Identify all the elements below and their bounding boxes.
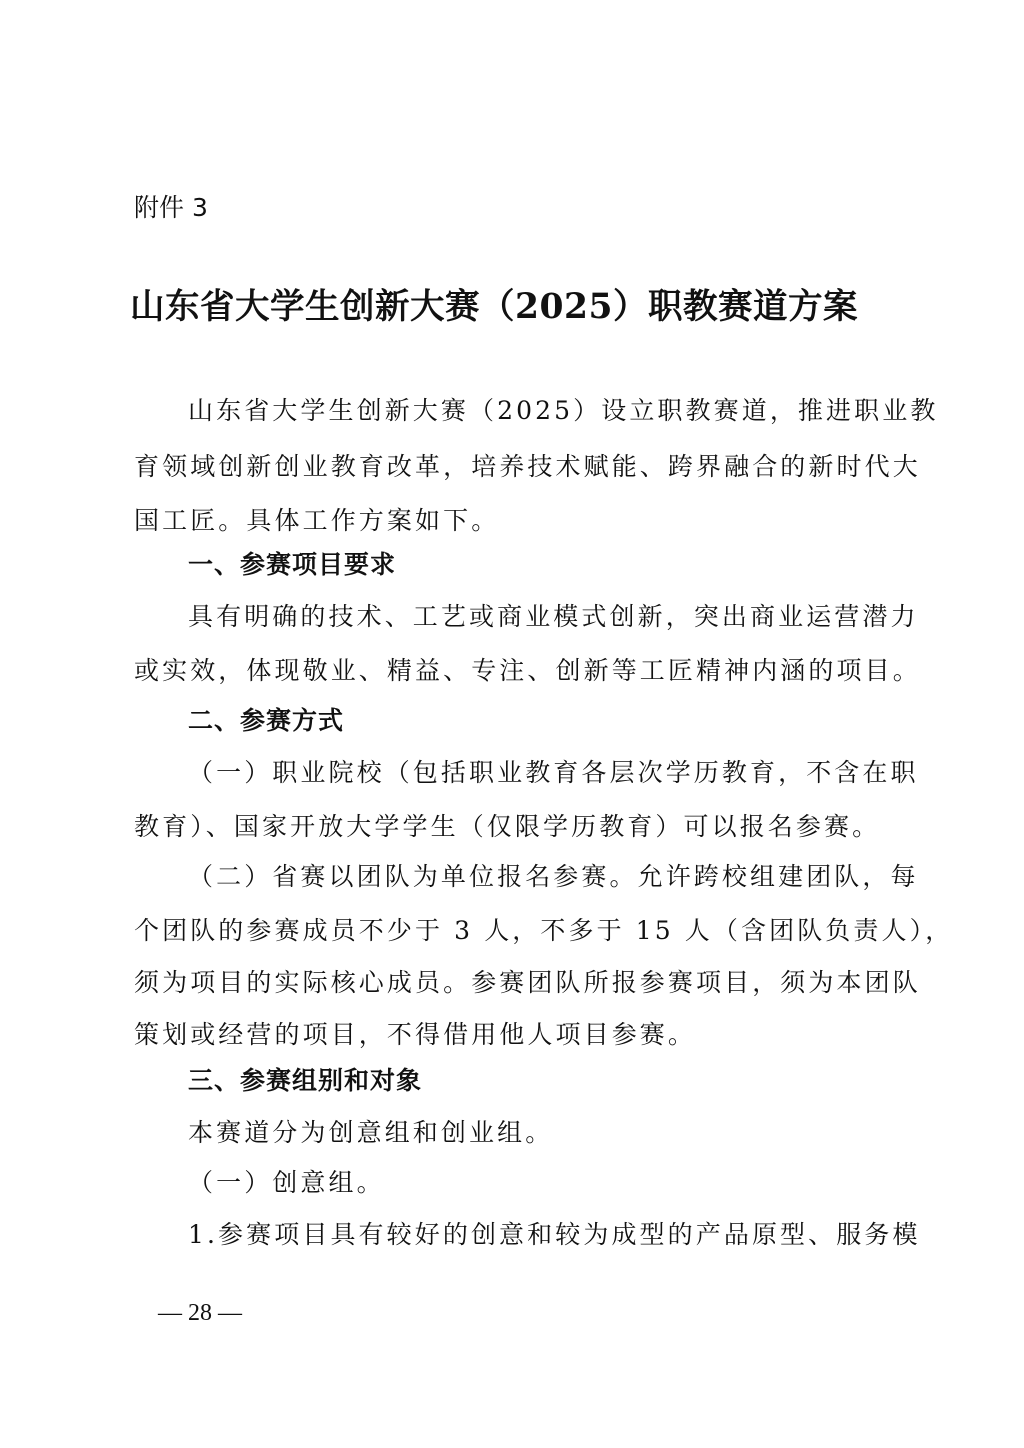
paragraph-line: （一）职业院校（包括职业教育各层次学历教育，不含在职 [188,756,948,790]
document-title: 山东省大学生创新大赛（2025）职教赛道方案 [130,282,900,332]
paragraph-line: 育领域创新创业教育改革，培养技术赋能、跨界融合的新时代大 [134,450,894,484]
section-heading: 二、参赛方式 [188,704,948,738]
document-page: 附件 3 山东省大学生创新大赛（2025）职教赛道方案 山东省大学生创新大赛（2… [0,0,1024,1448]
paragraph-line: 个团队的参赛成员不少于 3 人，不多于 15 人（含团队负责人）， [134,914,894,948]
paragraph-line: 教育）、国家开放大学学生（仅限学历教育）可以报名参赛。 [134,810,894,844]
paragraph-line: （一）创意组。 [188,1166,948,1200]
paragraph-line: 国工匠。具体工作方案如下。 [134,504,894,538]
paragraph-line: 本赛道分为创意组和创业组。 [188,1116,948,1150]
section-heading: 一、参赛项目要求 [188,548,948,582]
section-heading: 三、参赛组别和对象 [188,1064,948,1098]
paragraph-line: 策划或经营的项目，不得借用他人项目参赛。 [134,1018,894,1052]
paragraph-line: 具有明确的技术、工艺或商业模式创新，突出商业运营潜力 [188,600,948,634]
attachment-label: 附件 3 [134,192,208,224]
paragraph-line: 或实效，体现敬业、精益、专注、创新等工匠精神内涵的项目。 [134,654,894,688]
paragraph-line: 山东省大学生创新大赛（2025）设立职教赛道，推进职业教 [188,394,948,428]
page-number: — 28 — [158,1298,242,1328]
paragraph-line: 1.参赛项目具有较好的创意和较为成型的产品原型、服务模 [188,1218,948,1252]
paragraph-line: （二）省赛以团队为单位报名参赛。允许跨校组建团队，每 [188,860,948,894]
paragraph-line: 须为项目的实际核心成员。参赛团队所报参赛项目，须为本团队 [134,966,894,1000]
